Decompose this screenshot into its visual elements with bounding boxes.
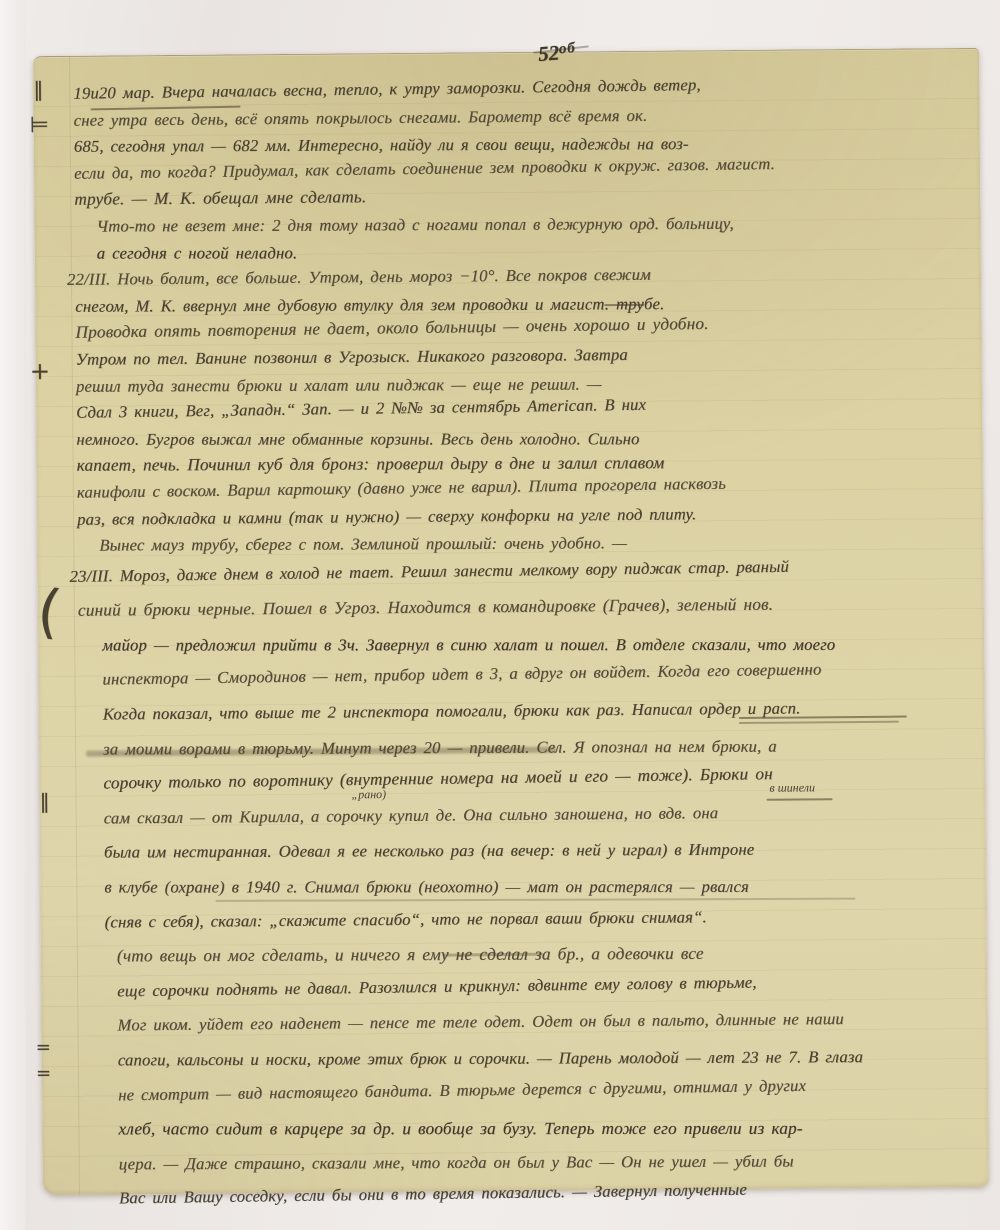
handwritten-line: синий и брюки черные. Пошел в Угроз. Нах…	[78, 586, 974, 628]
page-number-value: 52	[537, 40, 560, 66]
margin-stroke-icon: ‖	[33, 77, 43, 101]
page-side-label: об	[558, 40, 576, 57]
margin-brace-icon: (	[34, 576, 65, 646]
margin-tick-icon: ⊨	[30, 113, 49, 138]
interlinear-note: в шинели	[769, 780, 815, 795]
interlinear-note: „рано)	[351, 787, 386, 802]
handwritten-line: в клубе (охране) в 1940 г. Снимал брюки …	[104, 870, 976, 905]
handwritten-line: Когда показал, что выше те 2 инспектора …	[103, 690, 975, 732]
handwritten-line: хлеб, часто сидит в карцере за др. и воо…	[118, 1112, 978, 1147]
page-number: 52об	[537, 39, 577, 67]
handwritten-line: Что-то не везет мне: 2 дня тому назад с …	[96, 210, 970, 240]
margin-stroke-icon: ‖	[39, 789, 49, 813]
scan-background-gutter	[0, 0, 26, 1230]
handwritten-line: Мог иком. уйдет его наденет — пенсе те т…	[117, 1001, 977, 1043]
manuscript-page: 52об 19и20 мар. Вчера началась весна, те…	[33, 48, 989, 1195]
handwritten-line: была им нестиранная. Одевал я ее несколь…	[104, 832, 976, 870]
margin-cross-icon: +	[30, 357, 50, 385]
handwritten-text-block: 19и20 мар. Вчера началась весна, тепло, …	[73, 73, 979, 1217]
handwritten-line: сам сказал — от Кирилла, а сорочку купил…	[104, 794, 976, 836]
margin-dash-icon: =	[36, 1063, 51, 1084]
margin-dash-icon: =	[36, 1037, 51, 1058]
